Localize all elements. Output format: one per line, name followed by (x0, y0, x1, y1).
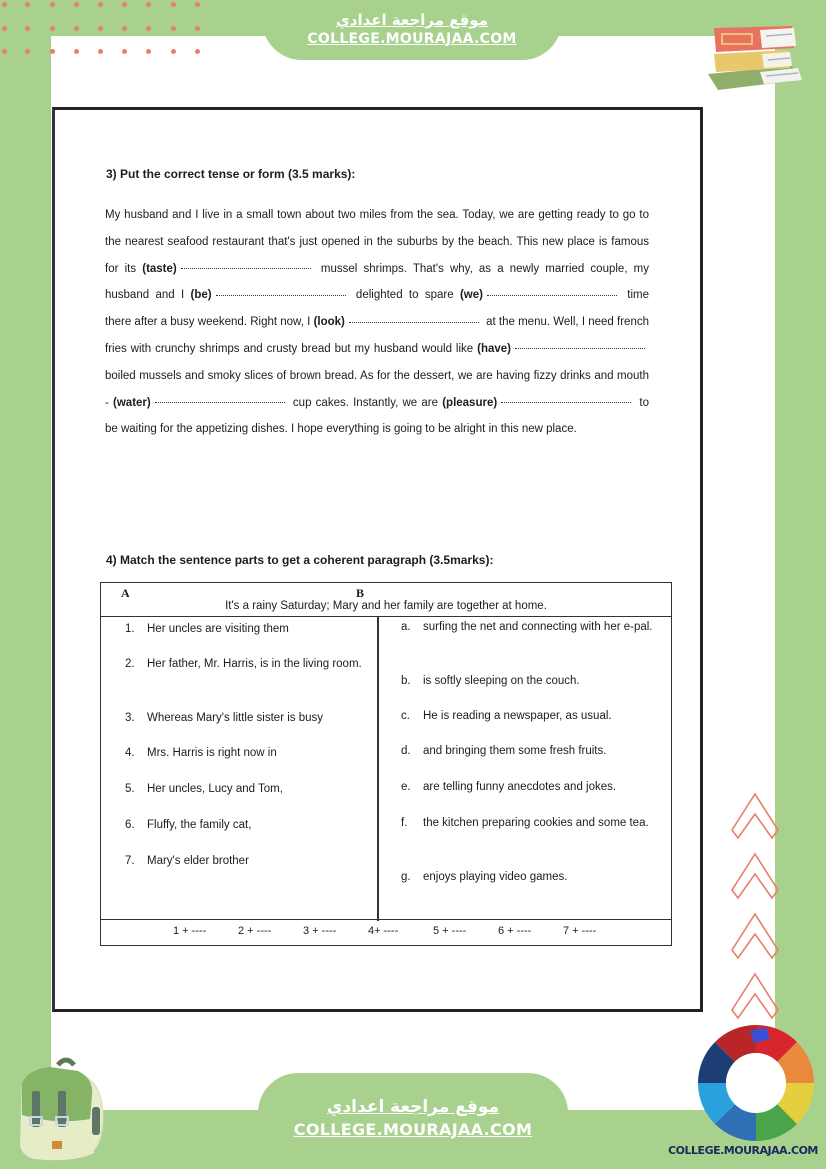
answer-slot[interactable]: 1 + ---- (173, 925, 238, 937)
column-a-item: 5.Her uncles, Lucy and Tom, (125, 781, 373, 798)
column-a-item: 7.Mary's elder brother (125, 853, 373, 870)
answer-blank[interactable] (216, 295, 346, 296)
item-text: Her uncles, Lucy and Tom, (147, 781, 373, 798)
header-banner: موقع مراجعة اعدادي COLLEGE.MOURAJAA.COM (262, 0, 562, 60)
column-b-item: b.is softly sleeping on the couch. (401, 673, 667, 690)
column-b-item: d.and bringing them some fresh fruits. (401, 743, 667, 760)
dot (74, 26, 79, 31)
answer-blank[interactable] (501, 402, 631, 403)
item-text: the kitchen preparing cookies and some t… (423, 815, 667, 832)
answer-blank[interactable] (155, 402, 285, 403)
exercise4-title: 4) Match the sentence parts to get a coh… (106, 553, 493, 567)
column-b-item: e.are telling funny anecdotes and jokes. (401, 779, 667, 796)
item-number: 1. (125, 621, 147, 638)
dot (25, 49, 30, 54)
item-text: Her father, Mr. Harris, is in the living… (147, 656, 373, 673)
verb-cue: (water) (113, 397, 151, 409)
table-intro: It's a rainy Saturday; Mary and her fami… (101, 600, 671, 612)
dot (25, 26, 30, 31)
item-number: c. (401, 708, 423, 725)
column-a-item: 6.Fluffy, the family cat, (125, 817, 373, 834)
column-b-item: c.He is reading a newspaper, as usual. (401, 708, 667, 725)
answer-blank[interactable] (487, 295, 617, 296)
answer-slots: 1 + ----2 + ----3 + ----4+ ----5 + ----6… (173, 925, 628, 937)
answer-blank[interactable] (181, 268, 311, 269)
verb-cue: (we) (460, 289, 483, 301)
item-text: He is reading a newspaper, as usual. (423, 708, 667, 725)
dot (122, 2, 127, 7)
dot (2, 2, 7, 7)
item-text: is softly sleeping on the couch. (423, 673, 667, 690)
frame-left (0, 0, 51, 1169)
dot (146, 2, 151, 7)
answer-slot[interactable]: 2 + ---- (238, 925, 303, 937)
dot (195, 26, 200, 31)
dot (171, 49, 176, 54)
item-text: Mrs. Harris is right now in (147, 745, 373, 762)
item-text: Whereas Mary's little sister is busy (147, 710, 373, 727)
verb-cue: (look) (314, 316, 345, 328)
item-number: e. (401, 779, 423, 796)
paragraph-text: delighted to spare (350, 289, 460, 301)
table-header: A B It's a rainy Saturday; Mary and her … (101, 583, 671, 617)
backpack-icon (14, 1055, 104, 1165)
dot (122, 49, 127, 54)
item-text: and bringing them some fresh fruits. (423, 743, 667, 760)
item-number: 5. (125, 781, 147, 798)
column-b-item: a.surfing the net and connecting with he… (401, 619, 667, 636)
item-number: 2. (125, 656, 147, 673)
site-domain-link[interactable]: COLLEGE.MOURAJAA.COM (262, 30, 562, 48)
item-number: 6. (125, 817, 147, 834)
dot (122, 26, 127, 31)
dot (98, 2, 103, 7)
column-a-item: 1.Her uncles are visiting them (125, 621, 373, 638)
chevron-up-icon (730, 790, 790, 1030)
dot (50, 2, 55, 7)
item-text: enjoys playing video games. (423, 869, 667, 886)
dot (195, 49, 200, 54)
column-divider (377, 617, 379, 921)
verb-cue: (be) (191, 289, 212, 301)
item-number: f. (401, 815, 423, 832)
dot (98, 26, 103, 31)
dot (195, 2, 200, 7)
verb-cue: (have) (477, 343, 511, 355)
verb-cue: (taste) (142, 263, 177, 275)
item-number: 3. (125, 710, 147, 727)
item-number: a. (401, 619, 423, 636)
dot (50, 49, 55, 54)
column-b-label: B (356, 586, 364, 601)
column-a-label: A (121, 586, 130, 601)
column-a-item: 3.Whereas Mary's little sister is busy (125, 710, 373, 727)
answer-slot[interactable]: 3 + ---- (303, 925, 368, 937)
dot (146, 49, 151, 54)
item-number: g. (401, 869, 423, 886)
item-number: b. (401, 673, 423, 690)
dot (50, 26, 55, 31)
dot (2, 49, 7, 54)
paragraph-text: cup cakes. Instantly, we are (289, 397, 442, 409)
item-text: are telling funny anecdotes and jokes. (423, 779, 667, 796)
dot (146, 26, 151, 31)
item-text: Her uncles are visiting them (147, 621, 373, 638)
item-number: d. (401, 743, 423, 760)
column-a-item: 4.Mrs. Harris is right now in (125, 745, 373, 762)
education-wheel-logo (695, 1022, 817, 1144)
verb-cue: (pleasure) (442, 397, 497, 409)
logo-caption: COLLEGE.MOURAJAA.COM (668, 1144, 818, 1157)
exercise3-paragraph: My husband and I live in a small town ab… (105, 202, 649, 443)
dot (25, 2, 30, 7)
site-domain-link-footer[interactable]: COLLEGE.MOURAJAA.COM (258, 1119, 568, 1141)
answer-slot[interactable]: 6 + ---- (498, 925, 563, 937)
dot (171, 2, 176, 7)
answer-slot[interactable]: 4+ ---- (368, 925, 433, 937)
footer-banner: موقع مراجعة اعدادي COLLEGE.MOURAJAA.COM (258, 1073, 568, 1169)
answer-blank[interactable] (515, 348, 645, 349)
books-stack-icon (700, 14, 810, 94)
item-text: Mary's elder brother (147, 853, 373, 870)
column-b-item: g.enjoys playing video games. (401, 869, 667, 886)
dot (171, 26, 176, 31)
dot (2, 26, 7, 31)
matching-table: A B It's a rainy Saturday; Mary and her … (100, 582, 672, 946)
answer-blank[interactable] (349, 322, 479, 323)
site-arabic-name-footer: موقع مراجعة اعدادي (258, 1073, 568, 1119)
item-text: surfing the net and connecting with her … (423, 619, 667, 636)
dot (74, 2, 79, 7)
item-number: 7. (125, 853, 147, 870)
answer-slot[interactable]: 7 + ---- (563, 925, 628, 937)
answer-slot[interactable]: 5 + ---- (433, 925, 498, 937)
exercise3-title: 3) Put the correct tense or form (3.5 ma… (106, 167, 355, 181)
item-number: 4. (125, 745, 147, 762)
column-a-item: 2.Her father, Mr. Harris, is in the livi… (125, 656, 373, 673)
dot (98, 49, 103, 54)
dot (74, 49, 79, 54)
answer-row: 1 + ----2 + ----3 + ----4+ ----5 + ----6… (101, 919, 671, 945)
decorative-dots (0, 0, 210, 60)
item-text: Fluffy, the family cat, (147, 817, 373, 834)
column-b-item: f.the kitchen preparing cookies and some… (401, 815, 667, 832)
site-arabic-name: موقع مراجعة اعدادي (262, 0, 562, 30)
